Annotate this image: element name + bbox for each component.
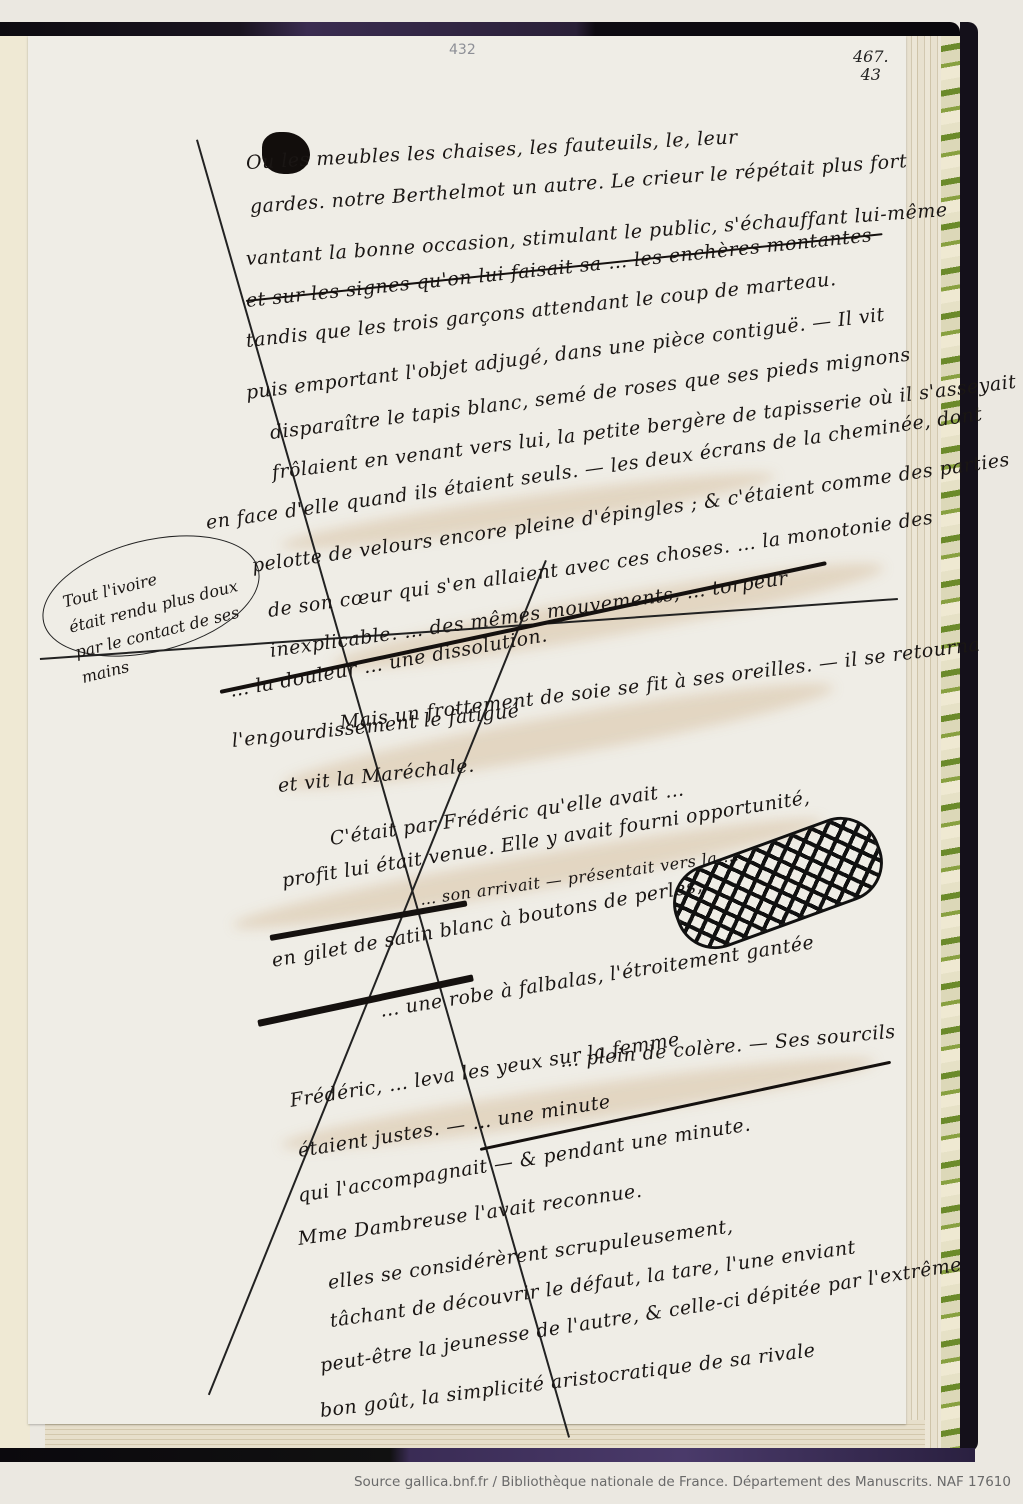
folio-number-ink: 467. 43: [853, 48, 889, 84]
page-edges-stack: [905, 36, 941, 1448]
manuscript-scan: 432 467. 43 Ou les meubles les chaises, …: [0, 0, 1023, 1460]
binding-board-top: [0, 22, 960, 36]
marbled-endpaper: [940, 36, 960, 1448]
folio-number-top: 467.: [853, 48, 889, 66]
source-caption: Source gallica.bnf.fr / Bibliothèque nat…: [354, 1474, 1011, 1490]
binding-board-right: [960, 22, 978, 1452]
underlying-leaf: [0, 36, 30, 1448]
folio-number-pencil: 432: [449, 42, 476, 58]
page-edges-bottom: [45, 1420, 925, 1448]
folio-number-bottom: 43: [853, 66, 889, 84]
binding-board-bottom: [0, 1448, 975, 1462]
